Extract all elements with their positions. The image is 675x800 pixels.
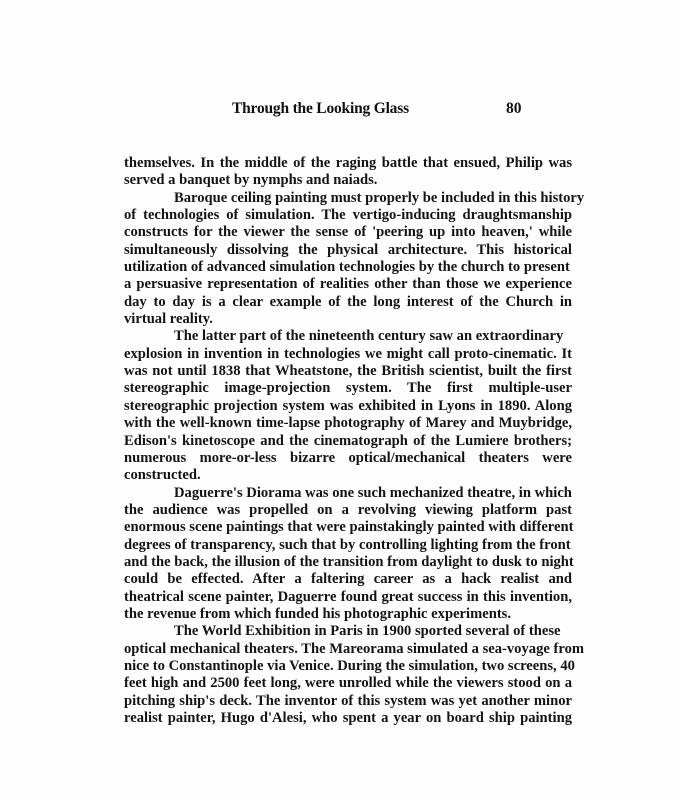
text-line: pitching ship's deck. The inventor of th… — [124, 693, 572, 710]
text-line: stereographic image-projection system. T… — [124, 380, 572, 397]
text-line: utilization of advanced simulation techn… — [124, 259, 572, 276]
page-number: 80 — [506, 100, 522, 118]
text-line: constructs for the viewer the sense of '… — [124, 224, 572, 241]
text-line: the audience was propelled on a revolvin… — [124, 502, 572, 519]
text-line: nice to Constantinople via Venice. Durin… — [124, 658, 572, 675]
text-line: served a banquet by nymphs and naiads. — [124, 172, 572, 189]
text-line: virtual reality. — [124, 311, 572, 328]
text-line: a persuasive representation of realities… — [124, 276, 572, 293]
text-line: realist painter, Hugo d'Alesi, who spent… — [124, 710, 572, 727]
text-line: was not until 1838 that Wheatstone, the … — [124, 363, 572, 380]
text-line: Edison's kinetoscope and the cinematogra… — [124, 433, 572, 450]
text-line: simultaneously dissolving the physical a… — [124, 242, 572, 259]
text-line: and the back, the illusion of the transi… — [124, 554, 572, 571]
text-line: Daguerre's Diorama was one such mechaniz… — [124, 485, 572, 502]
text-line: day to day is a clear example of the lon… — [124, 294, 572, 311]
text-line: could be effected. After a faltering car… — [124, 571, 572, 588]
text-line: the revenue from which funded his photog… — [124, 606, 572, 623]
document-page: Through the Looking Glass 80 themselves.… — [0, 0, 675, 800]
text-line: enormous scene paintings that were pains… — [124, 519, 572, 536]
running-title: Through the Looking Glass — [232, 100, 409, 118]
text-line: of technologies of simulation. The verti… — [124, 207, 572, 224]
text-line: with the well-known time-lapse photograp… — [124, 415, 572, 432]
text-line: The latter part of the nineteenth centur… — [124, 328, 572, 345]
text-line: constructed. — [124, 467, 572, 484]
text-line: explosion in invention in technologies w… — [124, 346, 572, 363]
text-line: optical mechanical theaters. The Mareora… — [124, 641, 572, 658]
text-line: degrees of transparency, such that by co… — [124, 537, 572, 554]
body-text: themselves. In the middle of the raging … — [124, 155, 572, 727]
text-line: numerous more-or-less bizarre optical/me… — [124, 450, 572, 467]
text-line: Baroque ceiling painting must properly b… — [124, 190, 572, 207]
text-line: themselves. In the middle of the raging … — [124, 155, 572, 172]
text-line: feet high and 2500 feet long, were unrol… — [124, 675, 572, 692]
text-line: theatrical scene painter, Daguerre found… — [124, 589, 572, 606]
text-line: The World Exhibition in Paris in 1900 sp… — [124, 623, 572, 640]
text-line: stereographic projection system was exhi… — [124, 398, 572, 415]
